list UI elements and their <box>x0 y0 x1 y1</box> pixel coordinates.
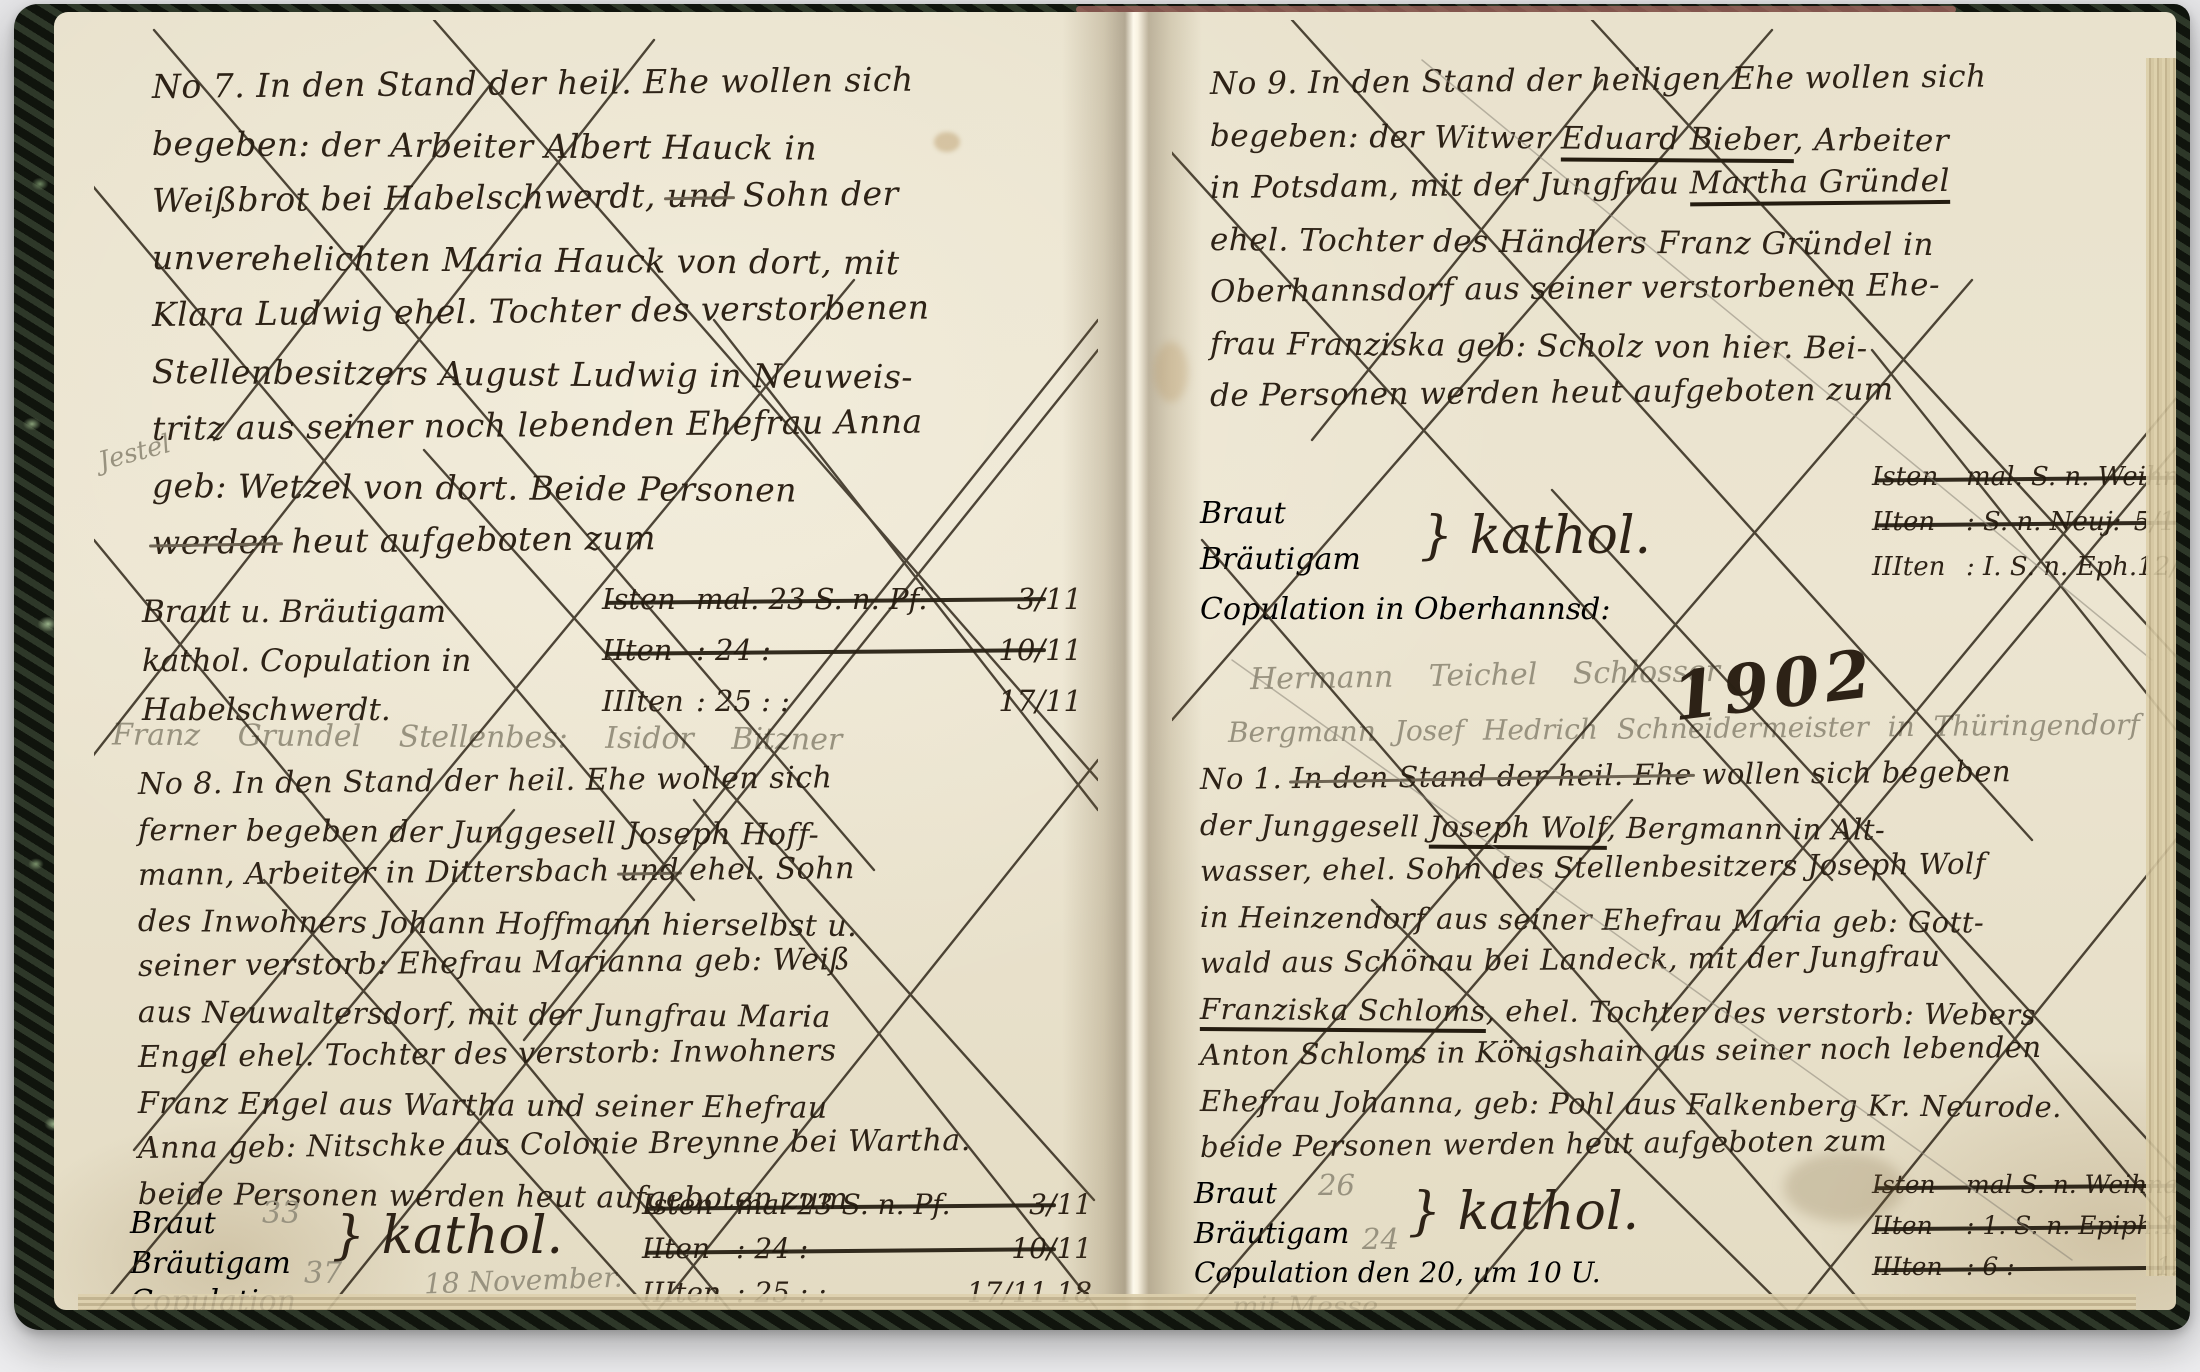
banns-txt: : I. S. n. Eph. <box>1966 552 2137 582</box>
handwriting-line: mann, Arbeiter in Dittersbach und ehel. … <box>138 845 971 898</box>
banns-ord: IIten <box>1872 507 1956 537</box>
banns-txt: : 24 : <box>736 1232 808 1265</box>
banns-ord: IIten <box>602 633 686 667</box>
copulation-line-1: Copulation den 20, um 10 U. <box>1194 1256 1601 1289</box>
page-stack-bottom-edge <box>78 1294 2136 1310</box>
struck-text: und <box>620 853 680 889</box>
braut-label: Braut <box>1194 1176 1277 1210</box>
handwriting-line: werden heut aufgeboten zum <box>152 507 930 571</box>
handwriting-line: wasser, ehel. Sohn des Stellenbesitzers … <box>1200 840 2062 894</box>
braut-label: Braut <box>1200 496 1286 531</box>
braut-age: 33 <box>262 1196 300 1231</box>
banns-row: IIIten: I. S. n. Eph.12/1 -02 <box>1872 552 2176 582</box>
handwriting-line: in Potsdam, mit der Jungfrau Martha Grün… <box>1210 155 1987 214</box>
banns-ord: IIIten <box>1872 1252 1956 1281</box>
banns-no7-labels: Braut u. Bräutigam kathol. Copulation in… <box>142 588 471 735</box>
right-page: No 9. In den Stand der heiligen Ehe woll… <box>1172 20 2176 1310</box>
kathol-brace: } kathol. <box>332 1206 563 1266</box>
banns-row: Istenmal. 23 S. n. Pf.3/11 <box>602 582 1082 616</box>
kathol-brace: } kathol. <box>1420 506 1651 566</box>
banns-row: IIIten: 25 : :17/11 <box>602 684 1082 718</box>
entry-no8-text: No 8. In den Stand der heil. Ehe wollen … <box>138 762 971 1217</box>
struck-text: und <box>667 175 733 215</box>
banns-ord: IIten <box>1872 1211 1956 1240</box>
banns-no1-dates: Istenmal S. n. WeihnachtsNeuj. 5/1IIten:… <box>1872 1170 2176 1293</box>
banns-ord: Isten <box>642 1188 726 1221</box>
banns-txt: mal. S. n. Weihn: <box>1966 462 2176 492</box>
banns-ord: IIten <box>642 1232 726 1265</box>
handwriting-line: de Personen werden heut aufgeboten zum <box>1210 363 1987 422</box>
banns-txt: : 1. S. n. Epiph. <box>1966 1211 2161 1240</box>
banns-txt: : 24 : <box>696 633 771 667</box>
banns-row: Istenmal. S. n. Weihn:29/12 -01 <box>1872 462 2176 492</box>
banns-ord: Isten <box>602 582 686 616</box>
entry-no7-text: No 7. In den Stand der heil. Ehe wollen … <box>152 58 930 571</box>
kathol-brace: } kathol. <box>1408 1182 1639 1242</box>
handwriting-line: No 7. In den Stand der heil. Ehe wollen … <box>152 51 930 115</box>
book-gutter <box>1062 12 1202 1310</box>
handwriting-line: beide Personen werden heut aufgeboten zu… <box>1200 1116 2062 1170</box>
handwriting-line: Anton Schloms in Königshain aus seiner n… <box>1200 1024 2062 1078</box>
handwriting-line: Oberhannsdorf aus seiner verstorbenen Eh… <box>1210 259 1987 318</box>
banns-ord: Isten <box>1872 462 1956 492</box>
banns-txt: mal. 23 S. n. Pf. <box>696 582 927 616</box>
handwriting-line: No 1. In den Stand der heil. Ehe wollen … <box>1200 748 2062 802</box>
braeutigam-label: Bräutigam <box>1194 1216 1349 1250</box>
braut-age: 26 <box>1318 1168 1355 1202</box>
banns-no8-dates: Istenmal 23 S. n. Pf.3/11IIten: 24 :10/1… <box>642 1188 1092 1310</box>
left-page: No 7. In den Stand der heil. Ehe wollen … <box>94 20 1098 1310</box>
braeutigam-age: 24 <box>1362 1222 1399 1256</box>
braut-label: Braut <box>130 1206 216 1241</box>
entry-no9-text: No 9. In den Stand der heiligen Ehe woll… <box>1210 58 1987 422</box>
handwriting-line: No 9. In den Stand der heiligen Ehe woll… <box>1210 51 1987 110</box>
banns-ord: IIIten <box>1872 552 1956 582</box>
braeutigam-label: Bräutigam <box>130 1246 291 1281</box>
banns-ord: IIIten <box>602 684 686 718</box>
copulation-label: Copulation in Oberhannsd: <box>1200 592 1611 627</box>
handwriting-line: seiner verstorb: Ehefrau Marianna geb: W… <box>138 936 971 989</box>
banns-row: IIIten: 6 :12/1 <box>1872 1252 2176 1281</box>
banns-row: Istenmal S. n. WeihnachtsNeuj. 5/1 <box>1872 1170 2176 1199</box>
banns-row: IIten: 1. S. n. Epiph.12/1 <box>1872 1211 2176 1240</box>
struck-text: werden <box>152 522 281 562</box>
banns-label: kathol. Copulation in <box>142 637 471 686</box>
handwriting-line: Klara Ludwig ehel. Tochter des verstorbe… <box>152 279 930 343</box>
pencil-annotation-no7: Franz Grundel Stellenbes: Isidor Bitzner <box>112 717 843 757</box>
banns-no9-dates: Istenmal. S. n. Weihn:29/12 -01IIten: S.… <box>1872 462 2176 597</box>
banns-txt: mal S. n. Weihnachts <box>1966 1170 2176 1199</box>
banns-row: IIten: 24 :10/11 <box>642 1232 1092 1265</box>
register-book: No 7. In den Stand der heil. Ehe wollen … <box>14 4 2190 1330</box>
open-pages: No 7. In den Stand der heil. Ehe wollen … <box>54 12 2176 1310</box>
banns-row: IIten: 24 :10/11 <box>602 633 1082 667</box>
handwriting-line: wald aus Schönau bei Landeck, mit der Ju… <box>1200 932 2062 986</box>
banns-label: Braut u. Bräutigam <box>142 588 471 637</box>
handwriting-line: Engel ehel. Tochter des verstorb: Inwohn… <box>138 1027 971 1080</box>
banns-row: Istenmal 23 S. n. Pf.3/11 <box>642 1188 1092 1221</box>
struck-text: In den Stand der heil. Ehe <box>1292 757 1692 795</box>
banns-ord: Isten <box>1872 1170 1956 1199</box>
underlined-name: Martha Gründel <box>1689 163 1950 206</box>
pencil-note-1: Hermann Teichel Schlosser <box>1250 654 1721 697</box>
page-stack-right-edge <box>2146 58 2176 1276</box>
banns-no7-dates: Istenmal. 23 S. n. Pf.3/11IIten: 24 :10/… <box>602 582 1082 735</box>
braeutigam-label: Bräutigam <box>1200 542 1361 577</box>
banns-row: IIten: S. n. Neuj:5/1 02 <box>1872 507 2176 537</box>
banns-txt: : 25 : : <box>696 684 790 718</box>
handwriting-line: No 8. In den Stand der heil. Ehe wollen … <box>138 754 971 807</box>
handwriting-line: Weißbrot bei Habelschwerdt, und Sohn der <box>152 165 930 229</box>
banns-txt: : 6 : <box>1966 1252 2015 1281</box>
entry-no1-text: No 1. In den Stand der heil. Ehe wollen … <box>1200 756 2062 1170</box>
handwriting-line: tritz aus seiner noch lebenden Ehefrau A… <box>152 393 930 457</box>
banns-txt: : S. n. Neuj: <box>1966 507 2121 537</box>
underlined-name: Franziska Schloms <box>1200 992 1486 1033</box>
handwriting-line: Anna geb: Nitschke aus Colonie Breynne b… <box>138 1118 971 1171</box>
banns-txt: mal 23 S. n. Pf. <box>736 1188 951 1221</box>
